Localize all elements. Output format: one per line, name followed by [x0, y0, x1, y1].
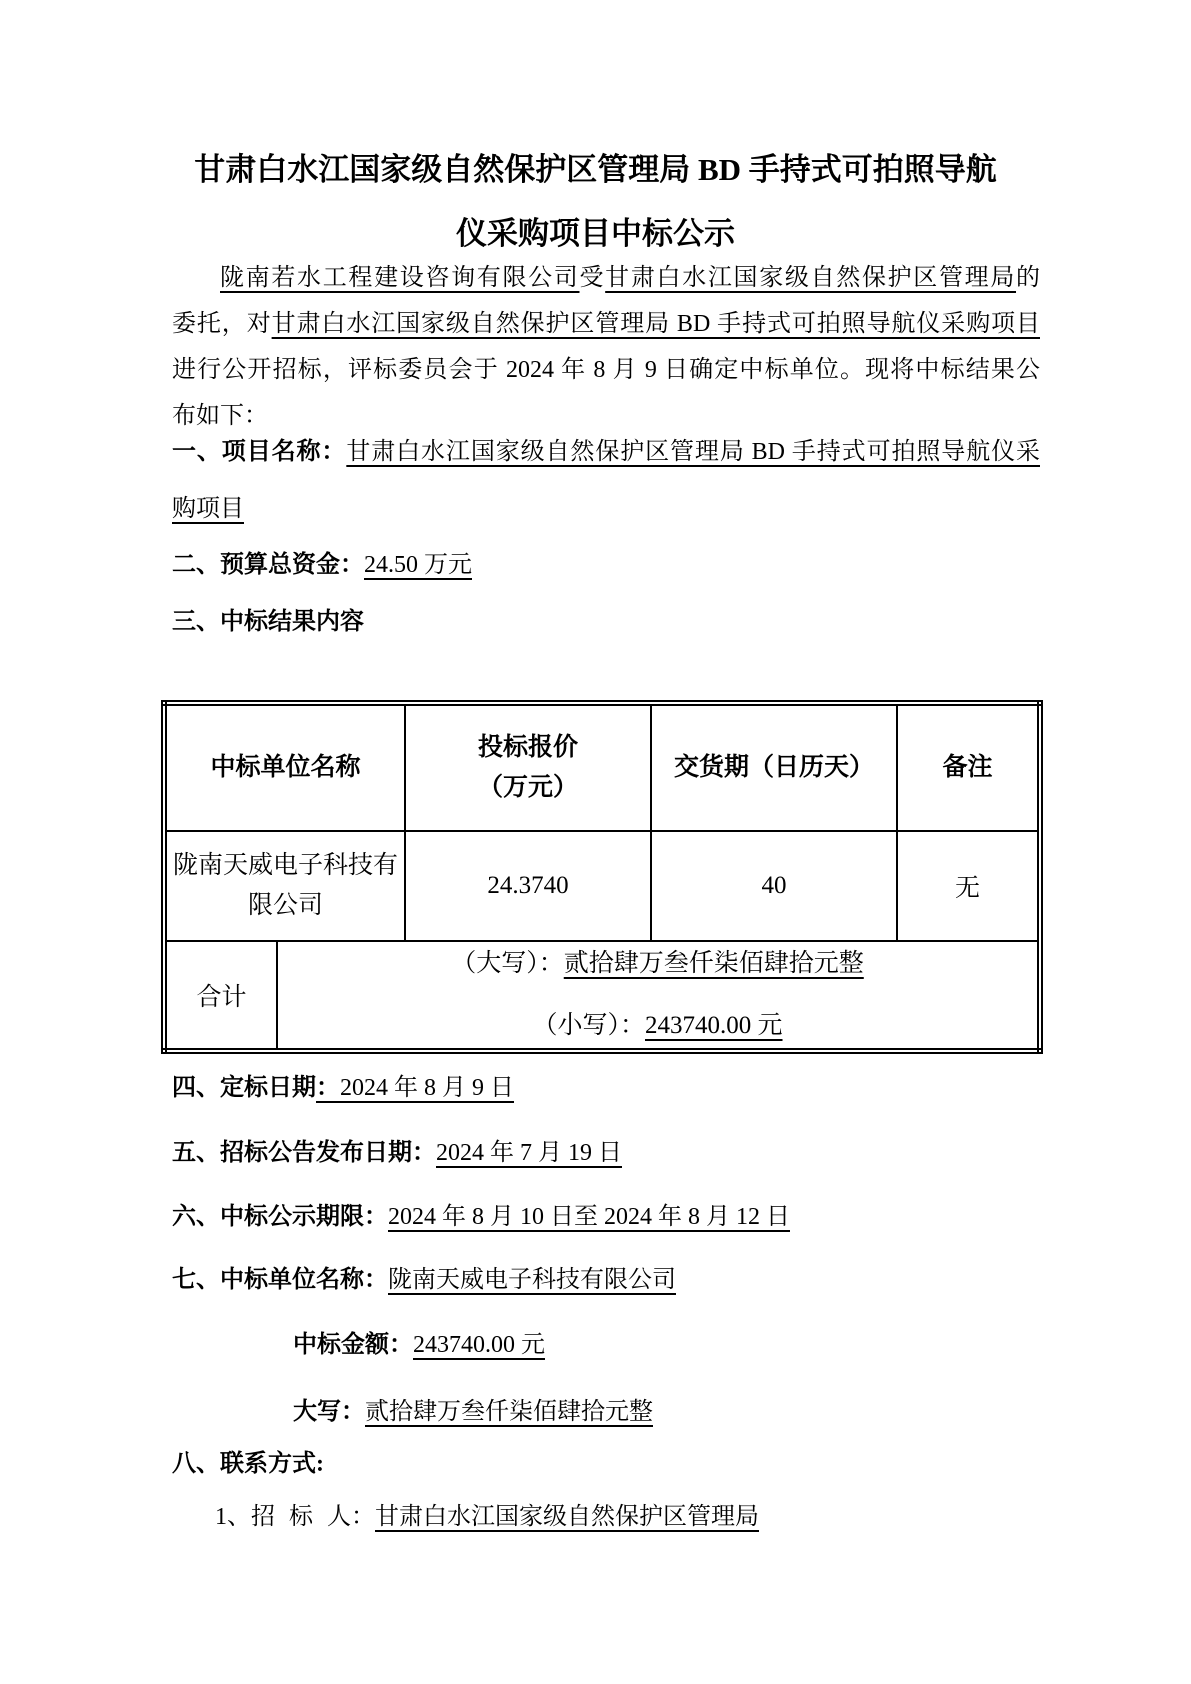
section-3-label: 三、中标结果内容: [172, 609, 364, 635]
header-bid-price: 投标报价 （万元）: [405, 703, 651, 831]
section-4-colon: ：: [316, 1075, 340, 1101]
section-4-label: 四、定标日期: [172, 1075, 316, 1101]
document-title-line2: 仪采购项目中标公示: [0, 214, 1191, 254]
intro-line-2: 委托，对甘肃白水江国家级自然保护区管理局 BD 手持式可拍照导航仪采购项目: [172, 308, 1040, 340]
section-1-project-name: 一、项目名称：甘肃白水江国家级自然保护区管理局 BD 手持式可拍照导航仪采: [172, 436, 1040, 468]
section-4-award-date: 四、定标日期：2024 年 8 月 9 日: [172, 1072, 1040, 1104]
section-8-contact-heading: 八、联系方式:: [172, 1448, 1040, 1480]
intro-line-3: 进行公开招标，评标委员会于 2024 年 8 月 9 日确定中标单位。现将中标结…: [172, 354, 1040, 386]
intro-line-1: 陇南若水工程建设咨询有限公司受甘肃白水江国家级自然保护区管理局的: [172, 262, 1040, 294]
header-winner-name: 中标单位名称: [164, 703, 405, 831]
intro-text: 委托，对: [172, 311, 272, 337]
total-xiaoxie-line: （小写）：243740.00 元: [278, 1008, 1037, 1044]
section-6-label: 六、中标公示期限：: [172, 1204, 388, 1230]
section-4-value: 2024 年 8 月 9 日: [340, 1075, 514, 1101]
amount-in-words-value: 贰拾肆万叁仟柒佰肆拾元整: [365, 1399, 653, 1425]
table-header-row: 中标单位名称 投标报价 （万元） 交货期（日历天） 备注: [164, 703, 1040, 831]
document-title-line1: 甘肃白水江国家级自然保护区管理局 BD 手持式可拍照导航: [0, 150, 1191, 190]
remarks-cell: 无: [897, 831, 1040, 941]
award-amount-value: 243740.00 元: [413, 1332, 545, 1358]
section-5-announcement-date: 五、招标公告发布日期：2024 年 7 月 19 日: [172, 1137, 1040, 1169]
section-7-value: 陇南天威电子科技有限公司: [388, 1267, 676, 1293]
section-8-label: 八、联系方式:: [172, 1451, 324, 1477]
total-row: 合计 （大写）：贰拾肆万叁仟柒佰肆拾元整 （小写）：243740.00 元: [164, 941, 1040, 1051]
total-daxie-line: （大写）：贰拾肆万叁仟柒佰肆拾元整: [278, 946, 1037, 982]
document-page: 甘肃白水江国家级自然保护区管理局 BD 手持式可拍照导航 仪采购项目中标公示 陇…: [0, 0, 1191, 1684]
header-remarks: 备注: [897, 703, 1040, 831]
total-xiaoxie-value: 243740.00 元: [645, 1012, 783, 1039]
intro-line-4: 布如下：: [172, 400, 1040, 432]
section-3-results-heading: 三、中标结果内容: [172, 606, 1040, 638]
section-5-label: 五、招标公告发布日期：: [172, 1140, 436, 1166]
section-1-value-wrap: 购项目: [172, 493, 1040, 525]
bid-results-table: 中标单位名称 投标报价 （万元） 交货期（日历天） 备注 陇南天威电子科技有限公…: [161, 700, 1043, 1054]
section-7-amount-in-words: 大写：贰拾肆万叁仟柒佰肆拾元整: [293, 1396, 653, 1428]
total-amount-cell: （大写）：贰拾肆万叁仟柒佰肆拾元整 （小写）：243740.00 元: [277, 941, 1040, 1051]
section-1-value-line2: 购项目: [172, 496, 244, 522]
intro-agency-name: 陇南若水工程建设咨询有限公司: [220, 265, 579, 291]
section-7-label: 七、中标单位名称：: [172, 1267, 388, 1293]
contact-item-number: 1、: [215, 1504, 251, 1530]
total-xiaoxie-label: （小写）：: [532, 1012, 645, 1039]
section-2-value: 24.50 万元: [364, 552, 472, 578]
winner-row: 陇南天威电子科技有限公司 24.3740 40 无: [164, 831, 1040, 941]
delivery-cell: 40: [651, 831, 897, 941]
total-label-cell: 合计: [164, 941, 277, 1051]
section-5-value: 2024 年 7 月 19 日: [436, 1140, 622, 1166]
section-7-winner-name: 七、中标单位名称：陇南天威电子科技有限公司: [172, 1264, 1040, 1296]
winner-name-cell: 陇南天威电子科技有限公司: [164, 831, 405, 941]
section-6-value: 2024 年 8 月 10 日至 2024 年 8 月 12 日: [388, 1204, 790, 1230]
section-1-value: 甘肃白水江国家级自然保护区管理局 BD 手持式可拍照导航仪采: [346, 439, 1040, 465]
intro-project-name: 甘肃白水江国家级自然保护区管理局 BD 手持式可拍照导航仪采购项目: [272, 311, 1040, 337]
section-1-label: 一、项目名称：: [172, 439, 346, 465]
award-amount-label: 中标金额：: [293, 1332, 413, 1358]
section-2-label: 二、预算总资金：: [172, 552, 364, 578]
bid-price-cell: 24.3740: [405, 831, 651, 941]
header-delivery-period: 交货期（日历天）: [651, 703, 897, 831]
contact-tenderer-value: 甘肃白水江国家级自然保护区管理局: [375, 1504, 759, 1530]
section-2-budget: 二、预算总资金：24.50 万元: [172, 549, 1040, 581]
amount-in-words-label: 大写：: [293, 1399, 365, 1425]
intro-client-name: 甘肃白水江国家级自然保护区管理局: [605, 265, 1016, 291]
section-6-publicity-period: 六、中标公示期限：2024 年 8 月 10 日至 2024 年 8 月 12 …: [172, 1201, 1040, 1233]
contact-tenderer-line: 1、招 标 人：甘肃白水江国家级自然保护区管理局: [215, 1501, 759, 1533]
section-7-award-amount: 中标金额：243740.00 元: [293, 1329, 545, 1361]
intro-text: 的: [1016, 265, 1040, 291]
intro-text: 受: [579, 265, 605, 291]
contact-tenderer-label: 招 标 人：: [251, 1504, 375, 1530]
total-daxie-value: 贰拾肆万叁仟柒佰肆拾元整: [564, 950, 864, 977]
total-daxie-label: （大写）：: [451, 950, 564, 977]
